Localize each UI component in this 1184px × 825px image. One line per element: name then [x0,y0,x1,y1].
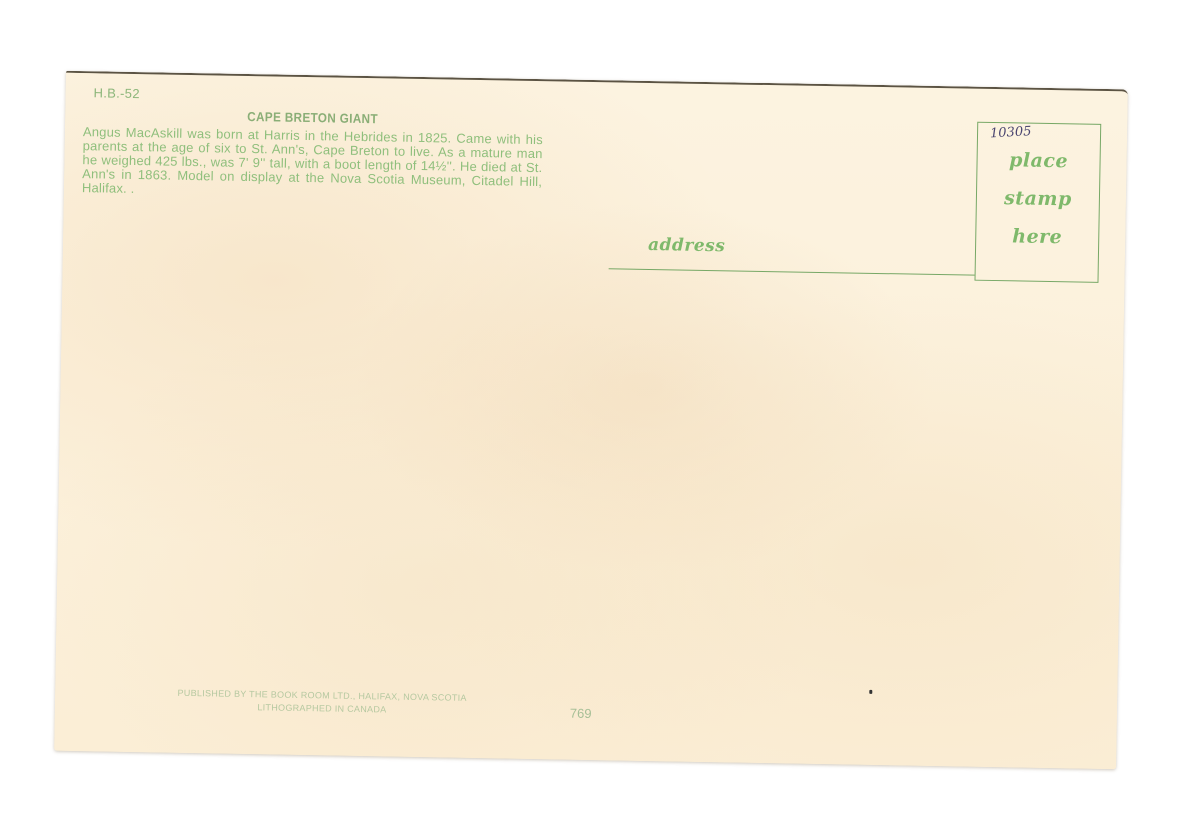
stamp-box: 10305 place stamp here [974,122,1101,283]
card-number: 769 [570,706,592,721]
postcard-title: CAPE BRETON GIANT [247,109,378,126]
postcard-back: H.B.-52 CAPE BRETON GIANT Angus MacAskil… [54,71,1128,769]
postcard-description: Angus MacAskill was born at Harris in th… [82,125,543,203]
ink-speck [869,690,872,694]
stamp-text-stamp: stamp [977,187,1099,211]
address-line [609,268,975,275]
address-label: address [648,235,726,256]
handwritten-number: 10305 [990,124,1032,141]
stamp-text-place: place [977,149,1099,173]
stamp-text-here: here [976,225,1098,249]
reference-code: H.B.-52 [94,85,140,101]
publisher-info: PUBLISHED BY THE BOOK ROOM LTD., HALIFAX… [147,686,497,718]
